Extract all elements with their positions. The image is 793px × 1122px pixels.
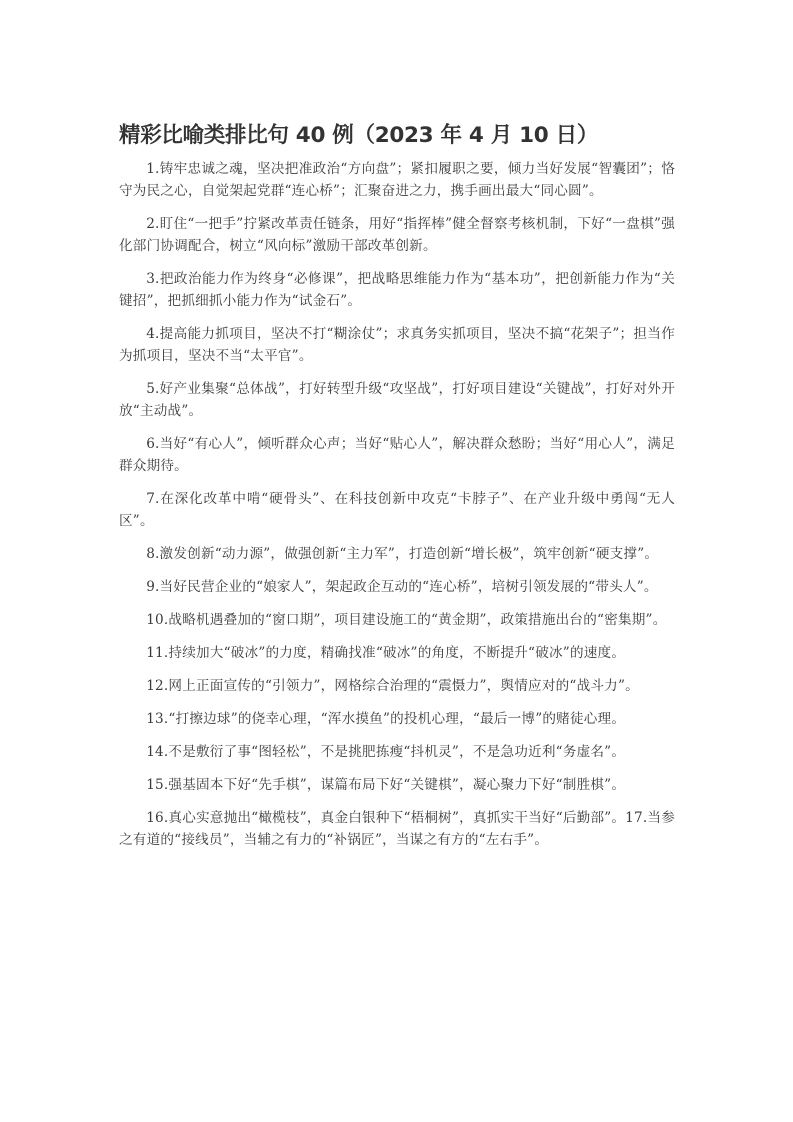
paragraph-1: 1.铸牢忠诚之魂，坚决把准政治“方向盘”；紧扣履职之要，倾力当好发展“智囊团”；… bbox=[119, 158, 675, 202]
paragraph-6: 6.当好“有心人”，倾听群众心声；当好“贴心人”，解决群众愁盼；当好“用心人”，… bbox=[119, 433, 675, 477]
paragraph-3: 3.把政治能力作为终身“必修课”，把战略思维能力作为“基本功”，把创新能力作为“… bbox=[119, 268, 675, 312]
paragraph-7: 7.在深化改革中啃“硬骨头”、在科技创新中攻克“卡脖子”、在产业升级中勇闯“无人… bbox=[119, 488, 675, 532]
paragraph-12: 12.网上正面宣传的“引领力”，网格综合治理的“震慑力”，舆情应对的“战斗力”。 bbox=[119, 675, 675, 697]
document-title: 精彩比喻类排比句 40 例（2023 年 4 月 10 日） bbox=[119, 120, 675, 152]
paragraph-2: 2.盯住“一把手”拧紧改革责任链条，用好“指挥棒”健全督察考核机制，下好“一盘棋… bbox=[119, 213, 675, 257]
paragraph-9: 9.当好民营企业的“娘家人”，架起政企互动的“连心桥”，培树引领发展的“带头人”… bbox=[119, 576, 675, 598]
paragraph-4: 4.提高能力抓项目，坚决不打“糊涂仗”；求真务实抓项目，坚决不搞“花架子”；担当… bbox=[119, 323, 675, 367]
paragraph-8: 8.激发创新“动力源”，做强创新“主力军”，打造创新“增长极”，筑牢创新“硬支撑… bbox=[119, 543, 675, 565]
paragraph-11: 11.持续加大“破冰”的力度，精确找准“破冰”的角度，不断提升“破冰”的速度。 bbox=[119, 642, 675, 664]
paragraph-16: 16.真心实意抛出“橄榄枝”，真金白银种下“梧桐树”，真抓实干当好“后勤部”。1… bbox=[119, 807, 675, 851]
paragraph-5: 5.好产业集聚“总体战”，打好转型升级“攻坚战”，打好项目建设“关键战”，打好对… bbox=[119, 378, 675, 422]
document-page: 精彩比喻类排比句 40 例（2023 年 4 月 10 日） 1.铸牢忠诚之魂，… bbox=[119, 120, 675, 862]
paragraph-10: 10.战略机遇叠加的“窗口期”，项目建设施工的“黄金期”，政策措施出台的“密集期… bbox=[119, 609, 675, 631]
paragraph-13: 13.“打擦边球”的侥幸心理，“浑水摸鱼”的投机心理，“最后一博”的赌徒心理。 bbox=[119, 708, 675, 730]
paragraph-15: 15.强基固本下好“先手棋”，谋篇布局下好“关键棋”，凝心聚力下好“制胜棋”。 bbox=[119, 774, 675, 796]
paragraph-14: 14.不是敷衍了事“图轻松”，不是挑肥拣瘦“抖机灵”，不是急功近利“务虚名”。 bbox=[119, 741, 675, 763]
